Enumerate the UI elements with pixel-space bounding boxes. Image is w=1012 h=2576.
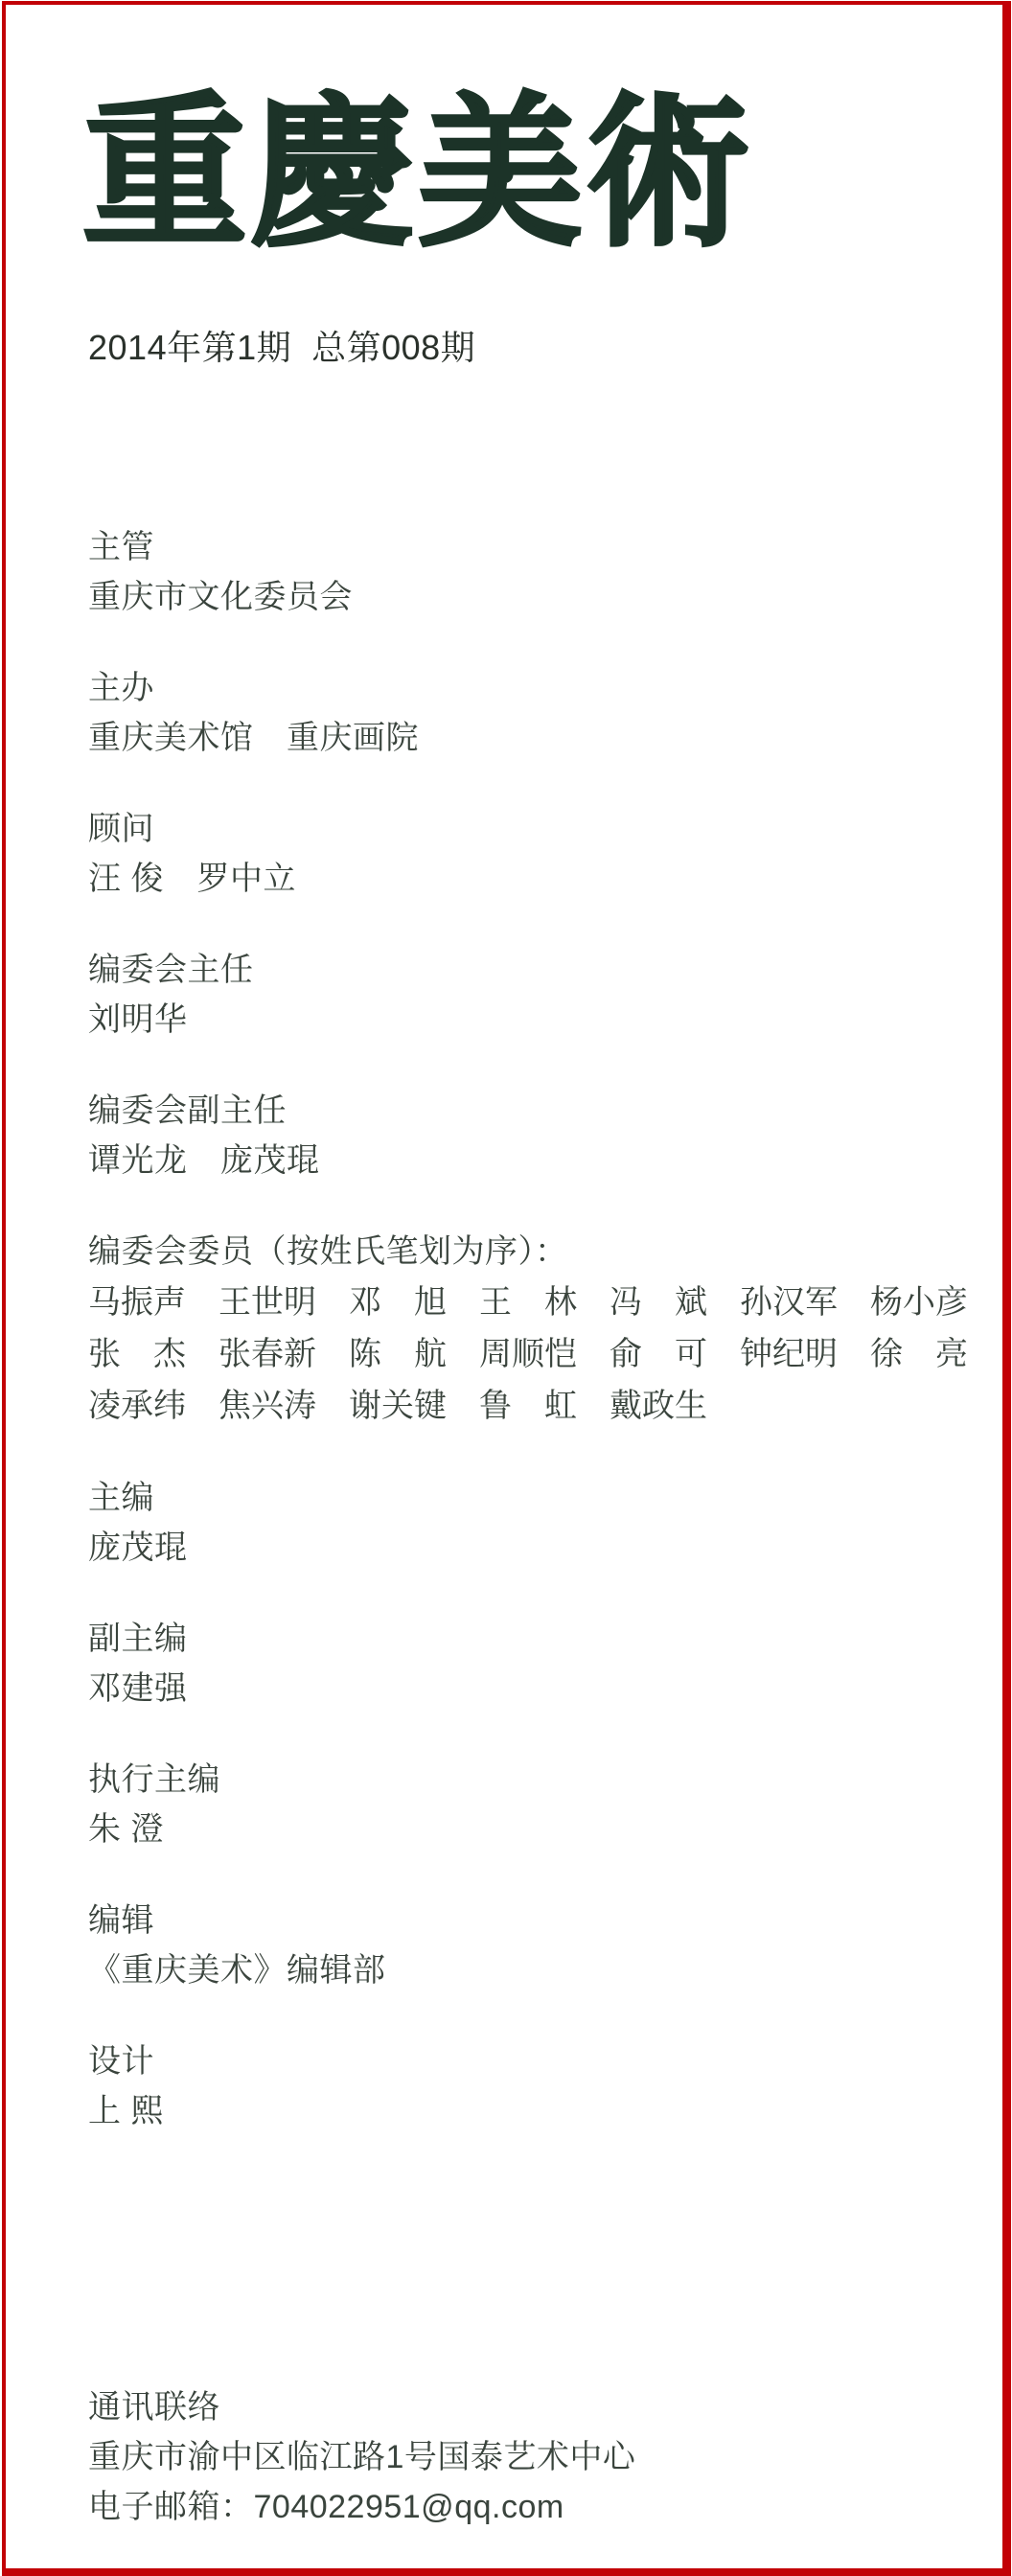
executive-chief-editor-value: 朱 澄: [88, 1805, 977, 1854]
issue-info: 2014年第1期 总第008期: [88, 326, 475, 370]
section-committee-deputy-directors: 编委会副主任 谭光龙 庞茂琨: [88, 1086, 977, 1185]
section-committee-director: 编委会主任 刘明华: [88, 945, 977, 1045]
chief-editor-label: 主编: [88, 1473, 977, 1523]
organizer-value: 重庆美术馆 重庆画院: [88, 713, 977, 763]
committee-members-row-2: 张 杰 张春新 陈 航 周顺恺 俞 可 钟纪明 徐 亮: [88, 1328, 977, 1380]
organizer-label: 主办: [88, 663, 977, 713]
section-designer: 设计 上 熙: [88, 2036, 977, 2136]
designer-value: 上 熙: [88, 2086, 977, 2136]
magazine-title-calligraphy: 重慶美術: [82, 67, 772, 278]
advisors-value: 汪 俊 罗中立: [88, 854, 977, 904]
contact-label: 通讯联络: [88, 2382, 977, 2432]
deputy-chief-editor-label: 副主编: [88, 1614, 977, 1664]
magazine-colophon-page: 重慶美術 2014年第1期 总第008期 主管 重庆市文化委员会 主办 重庆美术…: [0, 0, 1012, 2576]
section-deputy-chief-editor: 副主编 邓建强: [88, 1614, 977, 1713]
advisors-label: 顾问: [88, 804, 977, 854]
committee-members-label: 编委会委员（按姓氏笔划为序）：: [88, 1227, 977, 1276]
committee-members-row-3: 凌承纬 焦兴涛 谢关键 鲁 虹 戴政生: [88, 1380, 977, 1432]
colophon-sections: 主管 重庆市文化委员会 主办 重庆美术馆 重庆画院 顾问 汪 俊 罗中立 编委会…: [88, 522, 977, 2573]
contact-email: 电子邮箱：704022951@qq.com: [88, 2482, 977, 2532]
section-contact: 通讯联络 重庆市渝中区临江路1号国泰艺术中心 电子邮箱：704022951@qq…: [88, 2382, 977, 2532]
committee-members-row-1: 马振声 王世明 邓 旭 王 林 冯 斌 孙汉军 杨小彦: [88, 1276, 977, 1328]
designer-label: 设计: [88, 2036, 977, 2086]
editor-value: 《重庆美术》编辑部: [88, 1945, 977, 1995]
deputy-chief-editor-value: 邓建强: [88, 1664, 977, 1713]
supervisor-value: 重庆市文化委员会: [88, 572, 977, 622]
contact-address: 重庆市渝中区临江路1号国泰艺术中心: [88, 2432, 977, 2482]
committee-deputy-directors-label: 编委会副主任: [88, 1086, 977, 1136]
section-committee-members: 编委会委员（按姓氏笔划为序）： 马振声 王世明 邓 旭 王 林 冯 斌 孙汉军 …: [88, 1227, 977, 1432]
committee-deputy-directors-value: 谭光龙 庞茂琨: [88, 1136, 977, 1185]
chief-editor-value: 庞茂琨: [88, 1523, 977, 1573]
committee-director-value: 刘明华: [88, 995, 977, 1045]
section-chief-editor: 主编 庞茂琨: [88, 1473, 977, 1573]
editor-label: 编辑: [88, 1896, 977, 1945]
committee-director-label: 编委会主任: [88, 945, 977, 995]
section-supervisor: 主管 重庆市文化委员会: [88, 522, 977, 622]
section-advisors: 顾问 汪 俊 罗中立: [88, 804, 977, 904]
section-executive-chief-editor: 执行主编 朱 澄: [88, 1755, 977, 1854]
section-editor: 编辑 《重庆美术》编辑部: [88, 1896, 977, 1995]
supervisor-label: 主管: [88, 522, 977, 572]
executive-chief-editor-label: 执行主编: [88, 1755, 977, 1805]
section-organizer: 主办 重庆美术馆 重庆画院: [88, 663, 977, 763]
